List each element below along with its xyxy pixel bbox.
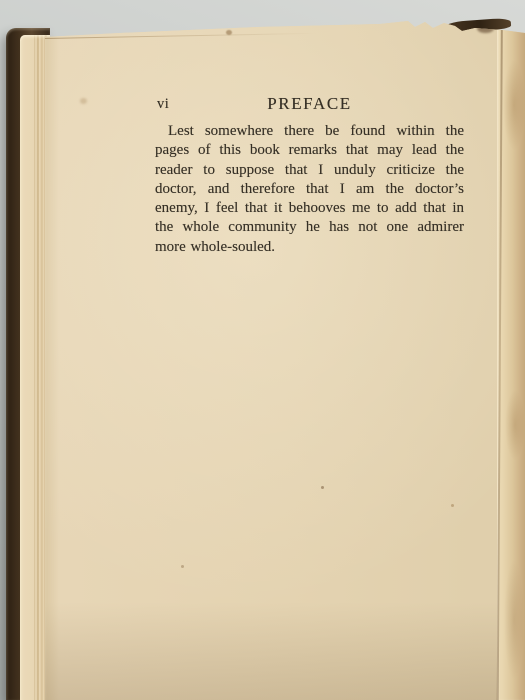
preface-heading: PREFACE xyxy=(155,94,464,114)
preface-paragraph: Lest somewhere there be found within the… xyxy=(155,122,464,257)
page-content: vi PREFACE Lest somewhere there be found… xyxy=(155,94,464,257)
book-photograph: vi PREFACE Lest somewhere there be found… xyxy=(0,0,525,700)
book-page: vi PREFACE Lest somewhere there be found… xyxy=(45,0,525,700)
foxing-spot xyxy=(80,98,87,104)
paragraph-line: pages of this book remarks that may lead… xyxy=(155,141,464,160)
page-header: vi PREFACE xyxy=(155,94,464,115)
paragraph-line: Lest somewhere there be found within the xyxy=(155,122,464,141)
paragraph-line: more whole-souled. xyxy=(155,238,464,257)
under-page-edge-line xyxy=(45,33,317,39)
foxing-spot xyxy=(451,504,454,507)
paragraph-line: enemy, I feel that it behooves me to add… xyxy=(155,199,464,218)
foxing-spot xyxy=(321,486,324,489)
foxing-spot xyxy=(181,565,184,568)
paragraph-line: reader to suppose that I unduly criticiz… xyxy=(155,161,464,180)
paragraph-line: doctor, and therefore that I am the doct… xyxy=(155,180,464,199)
paragraph-line: the whole community he has not one admir… xyxy=(155,218,464,237)
